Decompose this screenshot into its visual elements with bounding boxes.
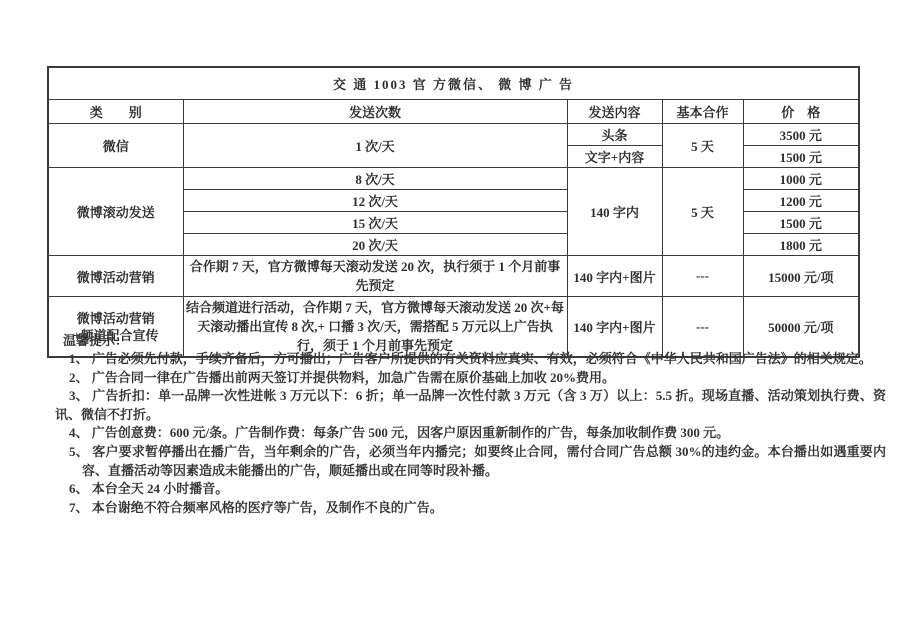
cell-scroll-price-15: 1500 元 — [743, 212, 859, 234]
cell-campaign-category: 微博活动营销 — [48, 256, 183, 297]
cell-scroll-category: 微博滚动发送 — [48, 168, 183, 256]
cell-scroll-frequency-12: 12 次/天 — [183, 190, 567, 212]
notes-section: 温馨提示： 1、 广告必须先付款，手续齐备后，方可播出；广告客户所提供的有关资料… — [55, 331, 886, 517]
document-page: 交 通 1003 官 方微信、 微 博 广 告 类 别 发送次数 发送内容 基本… — [0, 0, 900, 636]
table-row-scroll-1: 微博滚动发送 8 次/天 140 字内 5 天 1000 元 — [48, 168, 859, 190]
cell-weixin-cooperation: 5 天 — [662, 124, 743, 168]
cell-scroll-price-20: 1800 元 — [743, 234, 859, 256]
cell-campaign-cooperation: --- — [662, 256, 743, 297]
cell-weixin-price-headline: 3500 元 — [743, 124, 859, 146]
table-title: 交 通 1003 官 方微信、 微 博 广 告 — [48, 67, 859, 100]
col-header-frequency: 发送次数 — [183, 100, 567, 124]
note-item-6: 6、 本台全天 24 小时播音。 — [55, 480, 886, 499]
notes-heading: 温馨提示： — [63, 331, 886, 350]
table-row-weixin-1: 微信 1 次/天 头条 5 天 3500 元 — [48, 124, 859, 146]
cell-campaign-price: 15000 元/项 — [743, 256, 859, 297]
cell-scroll-price-12: 1200 元 — [743, 190, 859, 212]
cell-campaign-content: 140 字内+图片 — [567, 256, 662, 297]
cell-campaign-frequency: 合作期 7 天，官方微博每天滚动发送 20 次，执行须于 1 个月前事先预定 — [183, 256, 567, 297]
note-item-7: 7、 本台谢绝不符合频率风格的医疗等广告，及制作不良的广告。 — [55, 499, 886, 518]
cell-scroll-cooperation: 5 天 — [662, 168, 743, 256]
cell-weixin-frequency: 1 次/天 — [183, 124, 567, 168]
cell-scroll-frequency-20: 20 次/天 — [183, 234, 567, 256]
table-row-campaign: 微博活动营销 合作期 7 天，官方微博每天滚动发送 20 次，执行须于 1 个月… — [48, 256, 859, 297]
col-header-content: 发送内容 — [567, 100, 662, 124]
cell-weixin-price-text: 1500 元 — [743, 146, 859, 168]
note-item-4: 4、 广告创意费：600 元/条。广告制作费：每条广告 500 元，因客户原因重… — [55, 424, 886, 443]
cell-weixin-content-headline: 头条 — [567, 124, 662, 146]
cell-scroll-content: 140 字内 — [567, 168, 662, 256]
cell-scroll-frequency-8: 8 次/天 — [183, 168, 567, 190]
note-item-3: 3、 广告折扣：单一品牌一次性进帐 3 万元以下：6 折；单一品牌一次性付款 3… — [55, 387, 886, 424]
col-header-price: 价 格 — [743, 100, 859, 124]
cell-scroll-frequency-15: 15 次/天 — [183, 212, 567, 234]
cell-weixin-content-text: 文字+内容 — [567, 146, 662, 168]
note-item-2: 2、 广告合同一律在广告播出前两天签订并提供物料，加急广告需在原价基础上加收 2… — [55, 369, 886, 388]
table-header-row: 类 别 发送次数 发送内容 基本合作 价 格 — [48, 100, 859, 124]
price-table: 交 通 1003 官 方微信、 微 博 广 告 类 别 发送次数 发送内容 基本… — [47, 66, 860, 358]
col-header-cooperation: 基本合作 — [662, 100, 743, 124]
table-title-row: 交 通 1003 官 方微信、 微 博 广 告 — [48, 67, 859, 100]
cell-weixin-category: 微信 — [48, 124, 183, 168]
note-item-5: 5、 客户要求暂停播出在播广告，当年剩余的广告，必须当年内播完；如要终止合同，需… — [55, 443, 886, 480]
cell-scroll-price-8: 1000 元 — [743, 168, 859, 190]
col-header-category: 类 别 — [48, 100, 183, 124]
note-item-1: 1、 广告必须先付款，手续齐备后，方可播出；广告客户所提供的有关资料应真实、有效… — [55, 350, 886, 369]
